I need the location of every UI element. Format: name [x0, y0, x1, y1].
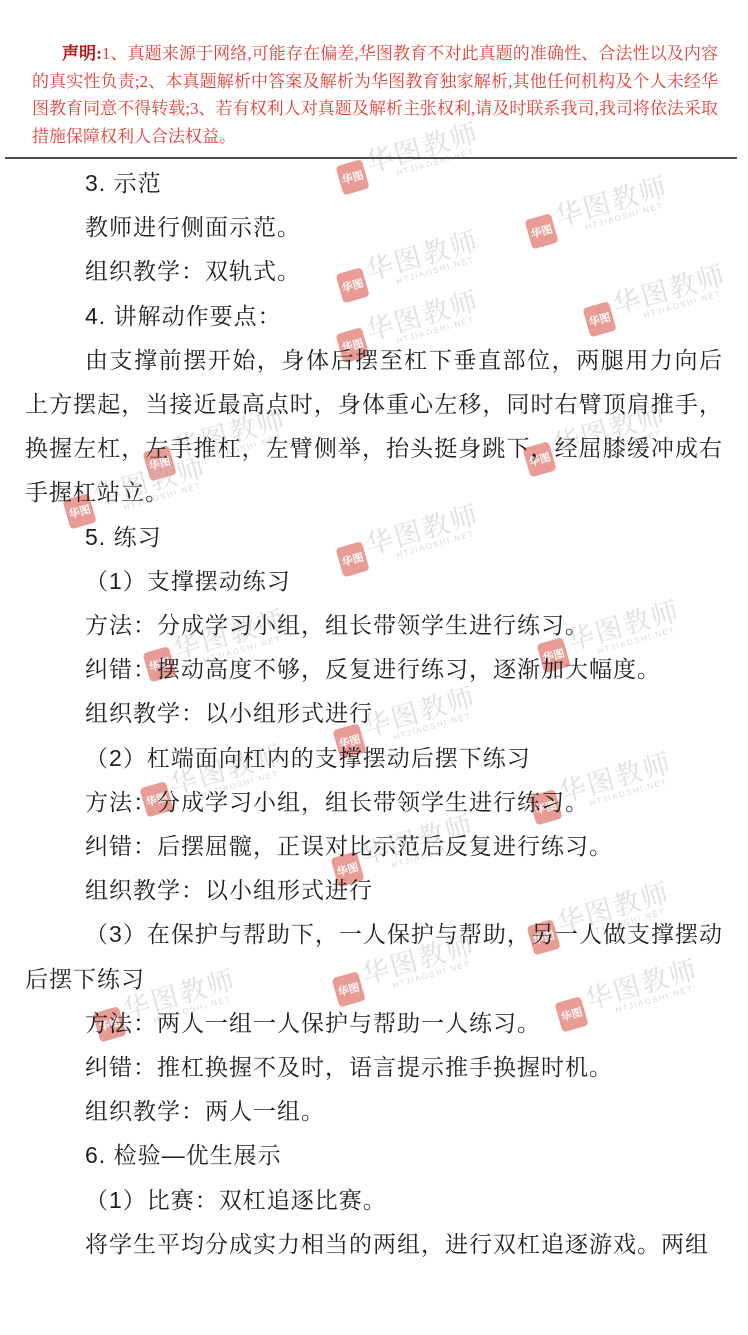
paragraph: （3）在保护与帮助下，一人保护与帮助，另一人做支撑摆动后摆下练习	[25, 912, 723, 1000]
paragraph: 5. 练习	[25, 515, 723, 559]
paragraph: 纠错：后摆屈髋，正误对比示范后反复进行练习。	[25, 824, 723, 868]
paragraph: 组织教学：两人一组。	[25, 1089, 723, 1133]
paragraph: （1）比赛：双杠追逐比赛。	[25, 1178, 723, 1222]
separator-line	[5, 157, 737, 159]
paragraph: 方法：分成学习小组，组长带领学生进行练习。	[25, 780, 723, 824]
disclaimer: 声明:1、真题来源于网络,可能存在偏差,华图教育不对此真题的准确性、合法性以及内…	[0, 0, 748, 150]
paragraph: 组织教学：双轨式。	[25, 249, 723, 293]
paragraph: 将学生平均分成实力相当的两组，进行双杠追逐游戏。两组	[25, 1222, 723, 1266]
paragraph: 组织教学：以小组形式进行	[25, 868, 723, 912]
paragraph: 组织教学：以小组形式进行	[25, 691, 723, 735]
body-text: 3. 示范教师进行侧面示范。组织教学：双轨式。4. 讲解动作要点：由支撑前摆开始…	[0, 161, 748, 1266]
paragraph: 纠错：推杠换握不及时，语言提示推手换握时机。	[25, 1045, 723, 1089]
paragraph: 方法：两人一组一人保护与帮助一人练习。	[25, 1001, 723, 1045]
paragraph: 方法：分成学习小组，组长带领学生进行练习。	[25, 603, 723, 647]
disclaimer-label: 声明:	[62, 44, 102, 63]
paragraph: 纠错：摆动高度不够，反复进行练习，逐渐加大幅度。	[25, 647, 723, 691]
paragraph: （1）支撑摆动练习	[25, 559, 723, 603]
document-content: 声明:1、真题来源于网络,可能存在偏差,华图教育不对此真题的准确性、合法性以及内…	[0, 0, 748, 1335]
document-page: 华图华图教师HTJIAOSHI.NET华图华图教师HTJIAOSHI.NET华图…	[0, 0, 748, 1335]
paragraph: 教师进行侧面示范。	[25, 205, 723, 249]
paragraph: 3. 示范	[25, 161, 723, 205]
paragraph: 6. 检验—优生展示	[25, 1133, 723, 1177]
paragraph: 由支撑前摆开始，身体后摆至杠下垂直部位，两腿用力向后上方摆起，当接近最高点时，身…	[25, 338, 723, 515]
paragraph: 4. 讲解动作要点：	[25, 294, 723, 338]
paragraph: （2）杠端面向杠内的支撑摆动后摆下练习	[25, 736, 723, 780]
disclaimer-text: 1、真题来源于网络,可能存在偏差,华图教育不对此真题的准确性、合法性以及内容的真…	[32, 44, 718, 146]
